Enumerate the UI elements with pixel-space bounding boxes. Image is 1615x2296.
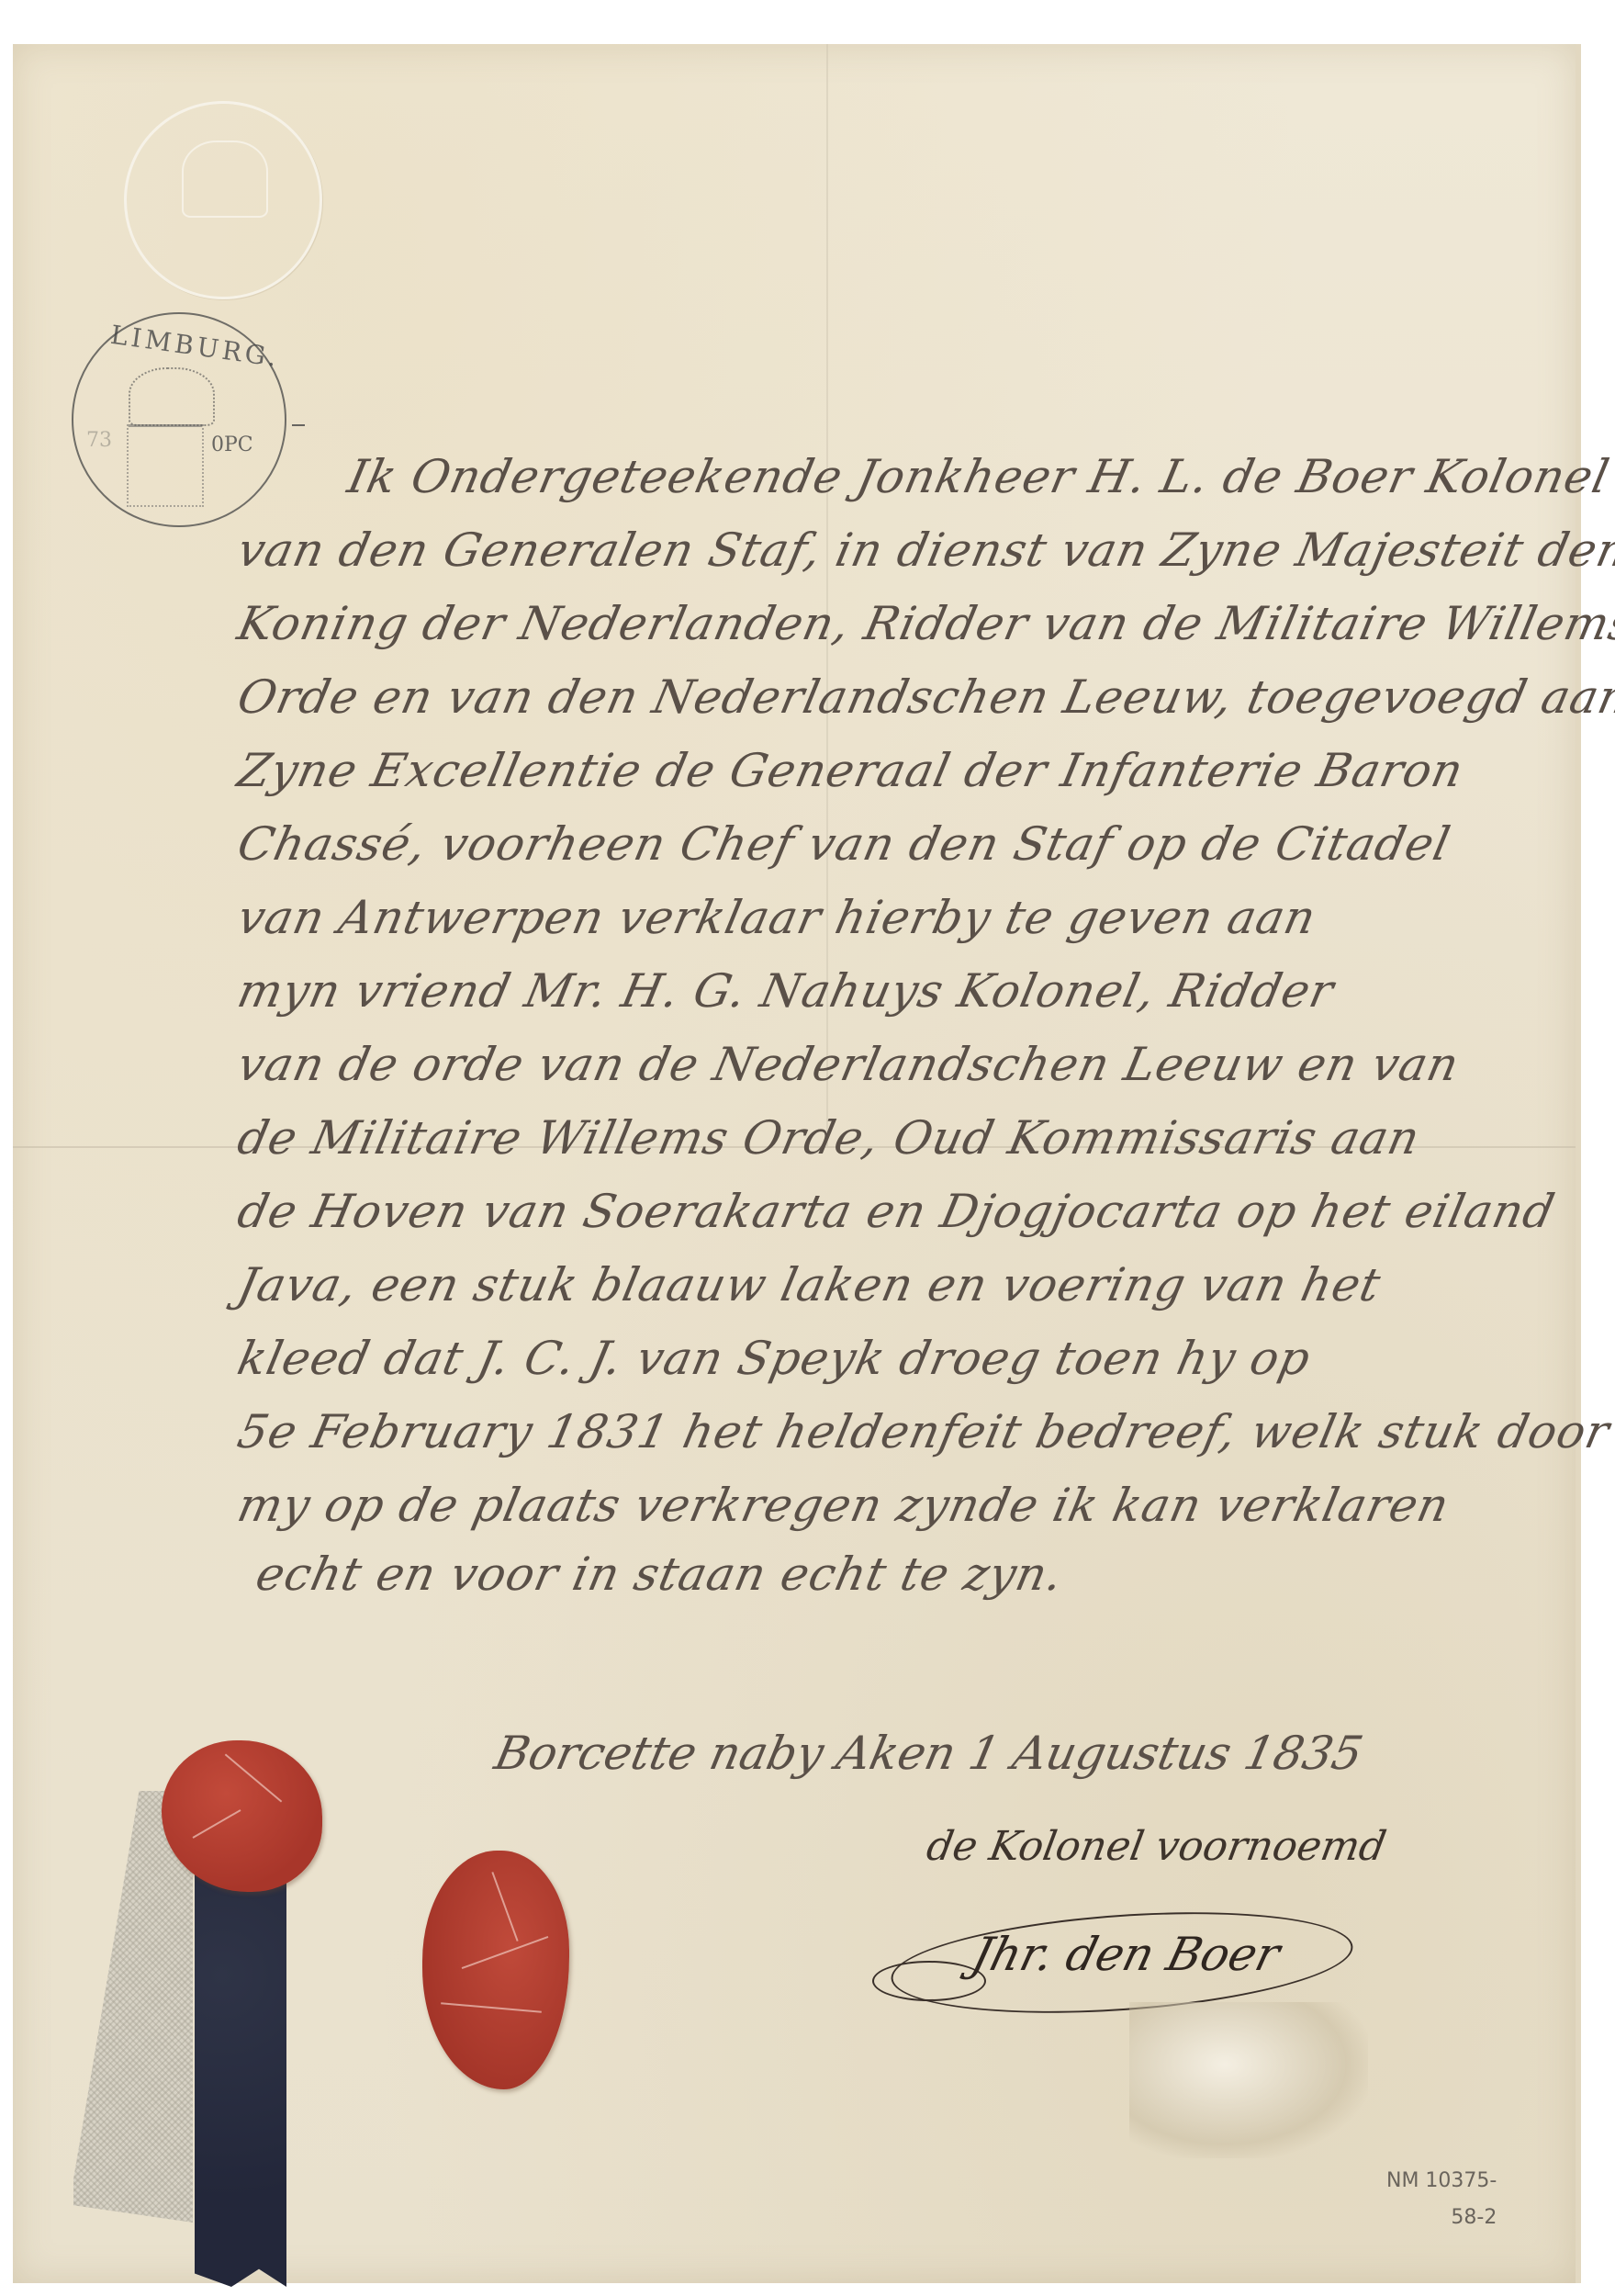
dash-mark [292, 424, 305, 426]
body-line-11: de Hoven van Soerakarta en Djogjocarta o… [233, 1185, 1560, 1238]
seal-crack [225, 1754, 283, 1803]
catalog-number-line-1: NM 10375- [1386, 2163, 1497, 2200]
body-line-4: Orde en van den Nederlandschen Leeuw, to… [233, 670, 1615, 724]
catalog-number-line-2: 58-2 [1386, 2200, 1497, 2236]
shield-stamp-icon [127, 424, 204, 507]
seal-crack [441, 2002, 542, 2013]
seal-crack [462, 1936, 549, 1969]
place-date-line: Borcette naby Aken 1 Augustus 1835 [490, 1727, 1368, 1780]
stamp-left-number: 73 [86, 429, 112, 452]
limburg-postal-stamp: LIMBURG. 73 0PC [72, 312, 286, 527]
seal-crack [193, 1809, 241, 1839]
signature-name: Jhr. den Boer [967, 1928, 1285, 1981]
body-line-8: myn vriend Mr. H. G. Nahuys Kolonel, Rid… [233, 964, 1339, 1018]
fabric-sample-blue-cloth [195, 1841, 286, 2287]
body-line-6: Chassé, voorheen Chef van den Staf op de… [233, 817, 1455, 871]
body-line-16: echt en voor in staan echt te zyn. [252, 1548, 1069, 1601]
body-line-10: de Militaire Willems Orde, Oud Kommissar… [233, 1111, 1425, 1165]
body-line-14: 5e February 1831 het heldenfeit bedreef,… [233, 1405, 1615, 1458]
body-line-1: Ik Ondergeteekende Jonkheer H. L. de Boe… [343, 450, 1614, 503]
body-line-5: Zyne Excellentie de Generaal der Infante… [233, 744, 1469, 797]
seal-crack [491, 1872, 518, 1941]
stamp-top-text: LIMBURG. [108, 320, 249, 369]
catalog-number: NM 10375- 58-2 [1386, 2163, 1497, 2236]
crown-stamp-icon [129, 367, 215, 426]
crown-emboss-icon [124, 101, 322, 299]
body-line-3: Koning der Nederlanden, Ridder van de Mi… [233, 597, 1615, 650]
body-line-9: van de orde van de Nederlandschen Leeuw … [233, 1038, 1464, 1091]
body-line-12: Java, een stuk blaauw laken en voering v… [233, 1258, 1385, 1311]
body-line-7: van Antwerpen verklaar hierby te geven a… [233, 891, 1321, 944]
crown-icon [182, 141, 268, 218]
body-line-15: my op de plaats verkregen zynde ik kan v… [233, 1479, 1454, 1532]
closing-title: de Kolonel voornoemd [924, 1823, 1390, 1870]
paper-tear [1129, 2002, 1368, 2158]
body-line-2: van den Generalen Staf, in dienst van Zy… [233, 523, 1615, 577]
stamp-right-text: 0PC [211, 433, 253, 456]
body-line-13: kleed dat J. C. J. van Speyk droeg toen … [233, 1332, 1316, 1385]
